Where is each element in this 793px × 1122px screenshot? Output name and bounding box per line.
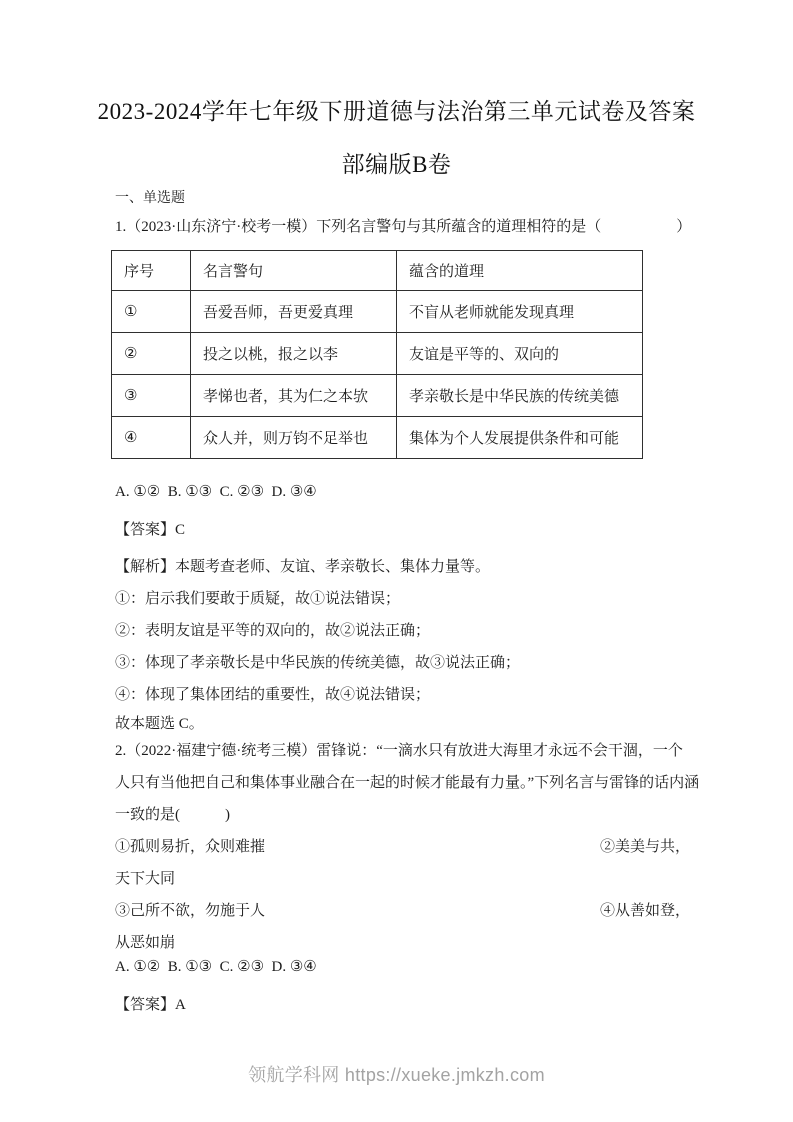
question2-option-4-wrap: 从恶如崩	[115, 934, 175, 953]
question2-option-4-start: ④从善如登，	[600, 902, 690, 921]
question1-analysis-intro: 本题考查老师、友谊、孝亲敬长、集体力量等。	[175, 559, 490, 575]
table-row: ④ 众人并，则万钧不足举也 集体为个人发展提供条件和可能	[112, 417, 643, 459]
question1-table: 序号 名言警句 蕴含的道理 ① 吾爱吾师，吾更爱真理 不盲从老师就能发现真理 ②…	[111, 250, 643, 459]
document-title-line2: 部编版B卷	[0, 146, 793, 179]
table-header-row: 序号 名言警句 蕴含的道理	[112, 251, 643, 291]
table-cell-meaning: 集体为个人发展提供条件和可能	[397, 417, 643, 459]
question1-options-line: A. ①② B. ①③ C. ②③ D. ③④	[115, 483, 317, 502]
question2-option-2-start: ②美美与共，	[600, 838, 690, 857]
analysis-conclusion: 故本题选 C。	[115, 715, 204, 734]
table-cell-meaning: 孝亲敬长是中华民族的传统美德	[397, 375, 643, 417]
question2-stem-line3: 一致的是( )	[115, 806, 230, 825]
answer-label: 【答案】	[115, 997, 175, 1013]
table-cell-number: ②	[112, 333, 191, 375]
table-cell-number: ④	[112, 417, 191, 459]
table-cell-number: ①	[112, 291, 191, 333]
question2-option-3: ③己所不欲，勿施于人	[115, 902, 265, 921]
question2-options-line: A. ①② B. ①③ C. ②③ D. ③④	[115, 958, 317, 977]
question2-option-row-1: ①孤则易折，众则难摧 ②美美与共，	[115, 838, 690, 857]
table-cell-meaning: 不盲从老师就能发现真理	[397, 291, 643, 333]
question2-answer-line: 【答案】A	[115, 996, 186, 1015]
analysis-point-2: ②：表明友谊是平等的双向的，故②说法正确；	[115, 622, 430, 641]
table-header-meaning: 蕴含的道理	[397, 251, 643, 291]
question1-answer-value: C	[175, 522, 185, 538]
section-heading: 一、单选题	[115, 187, 185, 207]
table-cell-quote: 众人并，则万钧不足举也	[191, 417, 397, 459]
table-cell-number: ③	[112, 375, 191, 417]
analysis-point-1: ①：启示我们要敢于质疑，故①说法错误；	[115, 590, 400, 609]
table-row: ② 投之以桃，报之以李 友谊是平等的、双向的	[112, 333, 643, 375]
document-title-line1: 2023-2024学年七年级下册道德与法治第三单元试卷及答案	[0, 93, 793, 126]
table-header-number: 序号	[112, 251, 191, 291]
table-cell-quote: 吾爱吾师，吾更爱真理	[191, 291, 397, 333]
table-header-quote: 名言警句	[191, 251, 397, 291]
question2-stem-line2: 人只有当他把自己和集体事业融合在一起的时候才能最有力量。”下列名言与雷锋的话内涵	[115, 774, 699, 793]
question1-stem: 1.（2023·山东济宁·校考一模）下列名言警句与其所蕴含的道理相符的是（ ）	[115, 218, 691, 237]
question1-analysis-line: 【解析】本题考查老师、友谊、孝亲敬长、集体力量等。	[115, 558, 490, 577]
question2-answer-value: A	[175, 997, 186, 1013]
table-cell-quote: 投之以桃，报之以李	[191, 333, 397, 375]
table-cell-quote: 孝悌也者，其为仁之本欤	[191, 375, 397, 417]
site-watermark: 领航学科网 https://xueke.jmkzh.com	[0, 1061, 793, 1087]
table-row: ③ 孝悌也者，其为仁之本欤 孝亲敬长是中华民族的传统美德	[112, 375, 643, 417]
question2-stem-line1: 2.（2022·福建宁德·统考三模）雷锋说：“一滴水只有放进大海里才永远不会干涸…	[115, 742, 683, 761]
question2-option-row-2: ③己所不欲，勿施于人 ④从善如登，	[115, 902, 690, 921]
answer-label: 【答案】	[115, 522, 175, 538]
analysis-point-4: ④：体现了集体团结的重要性，故④说法错误；	[115, 686, 430, 705]
analysis-point-3: ③：体现了孝亲敬长是中华民族的传统美德，故③说法正确；	[115, 654, 520, 673]
question2-option-1: ①孤则易折，众则难摧	[115, 838, 265, 857]
table-cell-meaning: 友谊是平等的、双向的	[397, 333, 643, 375]
question1-answer-line: 【答案】C	[115, 521, 185, 540]
exam-document-page: 2023-2024学年七年级下册道德与法治第三单元试卷及答案 部编版B卷 一、单…	[0, 0, 793, 1122]
question2-option-2-wrap: 天下大同	[115, 870, 175, 889]
table-row: ① 吾爱吾师，吾更爱真理 不盲从老师就能发现真理	[112, 291, 643, 333]
analysis-label: 【解析】	[115, 559, 175, 575]
